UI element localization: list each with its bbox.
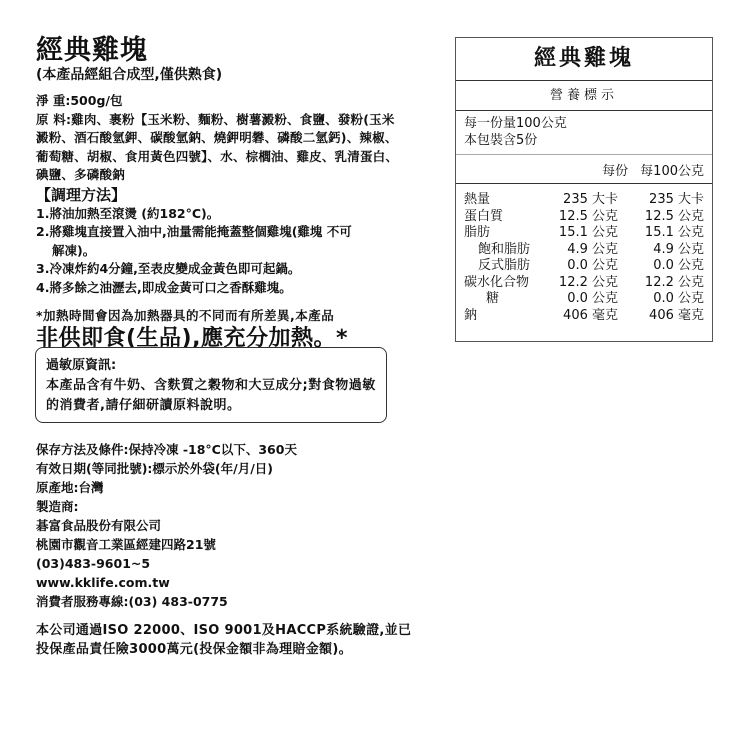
nutrient-name: 熱量 [464, 192, 546, 209]
spacer [36, 611, 416, 621]
per-serving-value: 4.9 公克 [546, 242, 618, 259]
per-100g-value: 0.0 公克 [618, 291, 704, 308]
nutrition-row-sugar: 糖 0.0 公克 0.0 公克 [464, 291, 704, 308]
certification-text: 本公司通過ISO 22000、ISO 9001及HACCP系統驗證,並已投保產品… [36, 621, 416, 659]
cooking-step-2-cont: 解凍)。 [36, 242, 406, 261]
manufacturer-phone: (03)483-9601~5 [36, 554, 416, 573]
manufacturer-label: 製造商: [36, 497, 416, 516]
nutrient-name: 糖 [464, 291, 546, 308]
per-serving-value: 15.1 公克 [546, 225, 618, 242]
storage-conditions: 保存方法及條件:保持冷凍 -18°C以下、360天 [36, 440, 416, 459]
per-serving-value: 0.0 公克 [546, 291, 618, 308]
ingredients: 原 料:雞肉、裹粉【玉米粉、麵粉、樹薯澱粉、食鹽、發粉(玉米澱粉、酒石酸氫鉀、碳… [36, 111, 406, 185]
cooking-step-3: 3.冷凍炸約4分鐘,至表皮變成金黃色即可起鍋。 [36, 260, 406, 279]
per-serving-value: 12.2 公克 [546, 275, 618, 292]
nutrient-name: 蛋白質 [464, 209, 546, 226]
per-100g-value: 235 大卡 [618, 192, 704, 209]
serving-size: 每一份量100公克 [464, 115, 704, 132]
cooking-step-2: 2.將雞塊直接置入油中,油量需能掩蓋整個雞塊(雞塊 不可 [36, 223, 406, 242]
nutrient-name: 反式脂肪 [464, 258, 546, 275]
cooking-step-1: 1.將油加熱至滾燙 (約182°C)。 [36, 205, 406, 224]
storage-and-manufacturer: 保存方法及條件:保持冷凍 -18°C以下、360天 有效日期(等同批號):標示於… [36, 440, 416, 659]
nutrition-row-sodium: 鈉 406 毫克 406 毫克 [464, 308, 704, 325]
nutrient-name: 脂肪 [464, 225, 546, 242]
product-title: 經典雞塊 [36, 36, 406, 66]
nutrition-row-protein: 蛋白質 12.5 公克 12.5 公克 [464, 209, 704, 226]
nutrition-row-fat: 脂肪 15.1 公克 15.1 公克 [464, 225, 704, 242]
manufacturer-name: 碁富食品股份有限公司 [36, 516, 416, 535]
nutrient-name: 碳水化合物 [464, 275, 546, 292]
customer-service-line: 消費者服務專線:(03) 483-0775 [36, 592, 416, 611]
cooking-step-4: 4.將多餘之油瀝去,即成金黃可口之香酥雞塊。 [36, 279, 406, 298]
website: www.kklife.com.tw [36, 573, 416, 592]
servings-per-package: 本包裝含5份 [464, 132, 704, 149]
allergen-text: 本產品含有牛奶、含麩質之穀物和大豆成分;對食物過敏的消費者,請仔細研讀原料說明。 [46, 376, 376, 416]
per-100g-value: 12.2 公克 [618, 275, 704, 292]
nutrition-row-saturated-fat: 飽和脂肪 4.9 公克 4.9 公克 [464, 242, 704, 259]
nutrition-column-headers: 每份 每100公克 [456, 155, 712, 184]
expiry-date: 有效日期(等同批號):標示於外袋(年/月/日) [36, 459, 416, 478]
nutrition-label-heading: 營養標示 [456, 81, 712, 111]
cooking-heading: 【調理方法】 [36, 185, 406, 205]
per-100g-value: 12.5 公克 [618, 209, 704, 226]
nutrition-row-trans-fat: 反式脂肪 0.0 公克 0.0 公克 [464, 258, 704, 275]
product-info: 經典雞塊 (本產品經組合成型,僅供熟食) 淨 重:500g/包 原 料:雞肉、裹… [36, 36, 406, 353]
allergen-title: 過敏原資訊: [46, 356, 376, 376]
nutrition-row-energy: 熱量 235 大卡 235 大卡 [464, 192, 704, 209]
origin: 原產地:台灣 [36, 478, 416, 497]
per-100g-value: 4.9 公克 [618, 242, 704, 259]
per-serving-value: 12.5 公克 [546, 209, 618, 226]
product-subtitle: (本產品經組合成型,僅供熟食) [36, 66, 406, 84]
per-100g-value: 406 毫克 [618, 308, 704, 325]
net-weight: 淨 重:500g/包 [36, 92, 406, 111]
per-100g-value: 0.0 公克 [618, 258, 704, 275]
cooking-step-2-continuation: 解凍)。 [36, 242, 406, 261]
per-serving-value: 0.0 公克 [546, 258, 618, 275]
nutrition-row-carbohydrate: 碳水化合物 12.2 公克 12.2 公克 [464, 275, 704, 292]
per-serving-value: 235 大卡 [546, 192, 618, 209]
nutrient-name: 鈉 [464, 308, 546, 325]
col-per-serving: 每份 [602, 160, 628, 179]
nutrition-title: 經典雞塊 [456, 38, 712, 81]
nutrition-facts-table: 經典雞塊 營養標示 每一份量100公克 本包裝含5份 每份 每100公克 熱量 … [455, 37, 713, 342]
col-per-100g: 每100公克 [640, 160, 704, 179]
per-serving-value: 406 毫克 [546, 308, 618, 325]
nutrition-rows: 熱量 235 大卡 235 大卡 蛋白質 12.5 公克 12.5 公克 脂肪 … [456, 184, 712, 324]
heating-warning-note: *加熱時間會因為加熱器具的不同而有所差異,本產品 [36, 307, 406, 325]
serving-info: 每一份量100公克 本包裝含5份 [456, 111, 712, 155]
allergen-box: 過敏原資訊: 本產品含有牛奶、含麩質之穀物和大豆成分;對食物過敏的消費者,請仔細… [35, 347, 387, 423]
nutrient-name: 飽和脂肪 [464, 242, 546, 259]
per-100g-value: 15.1 公克 [618, 225, 704, 242]
manufacturer-address: 桃園市觀音工業區經建四路21號 [36, 535, 416, 554]
